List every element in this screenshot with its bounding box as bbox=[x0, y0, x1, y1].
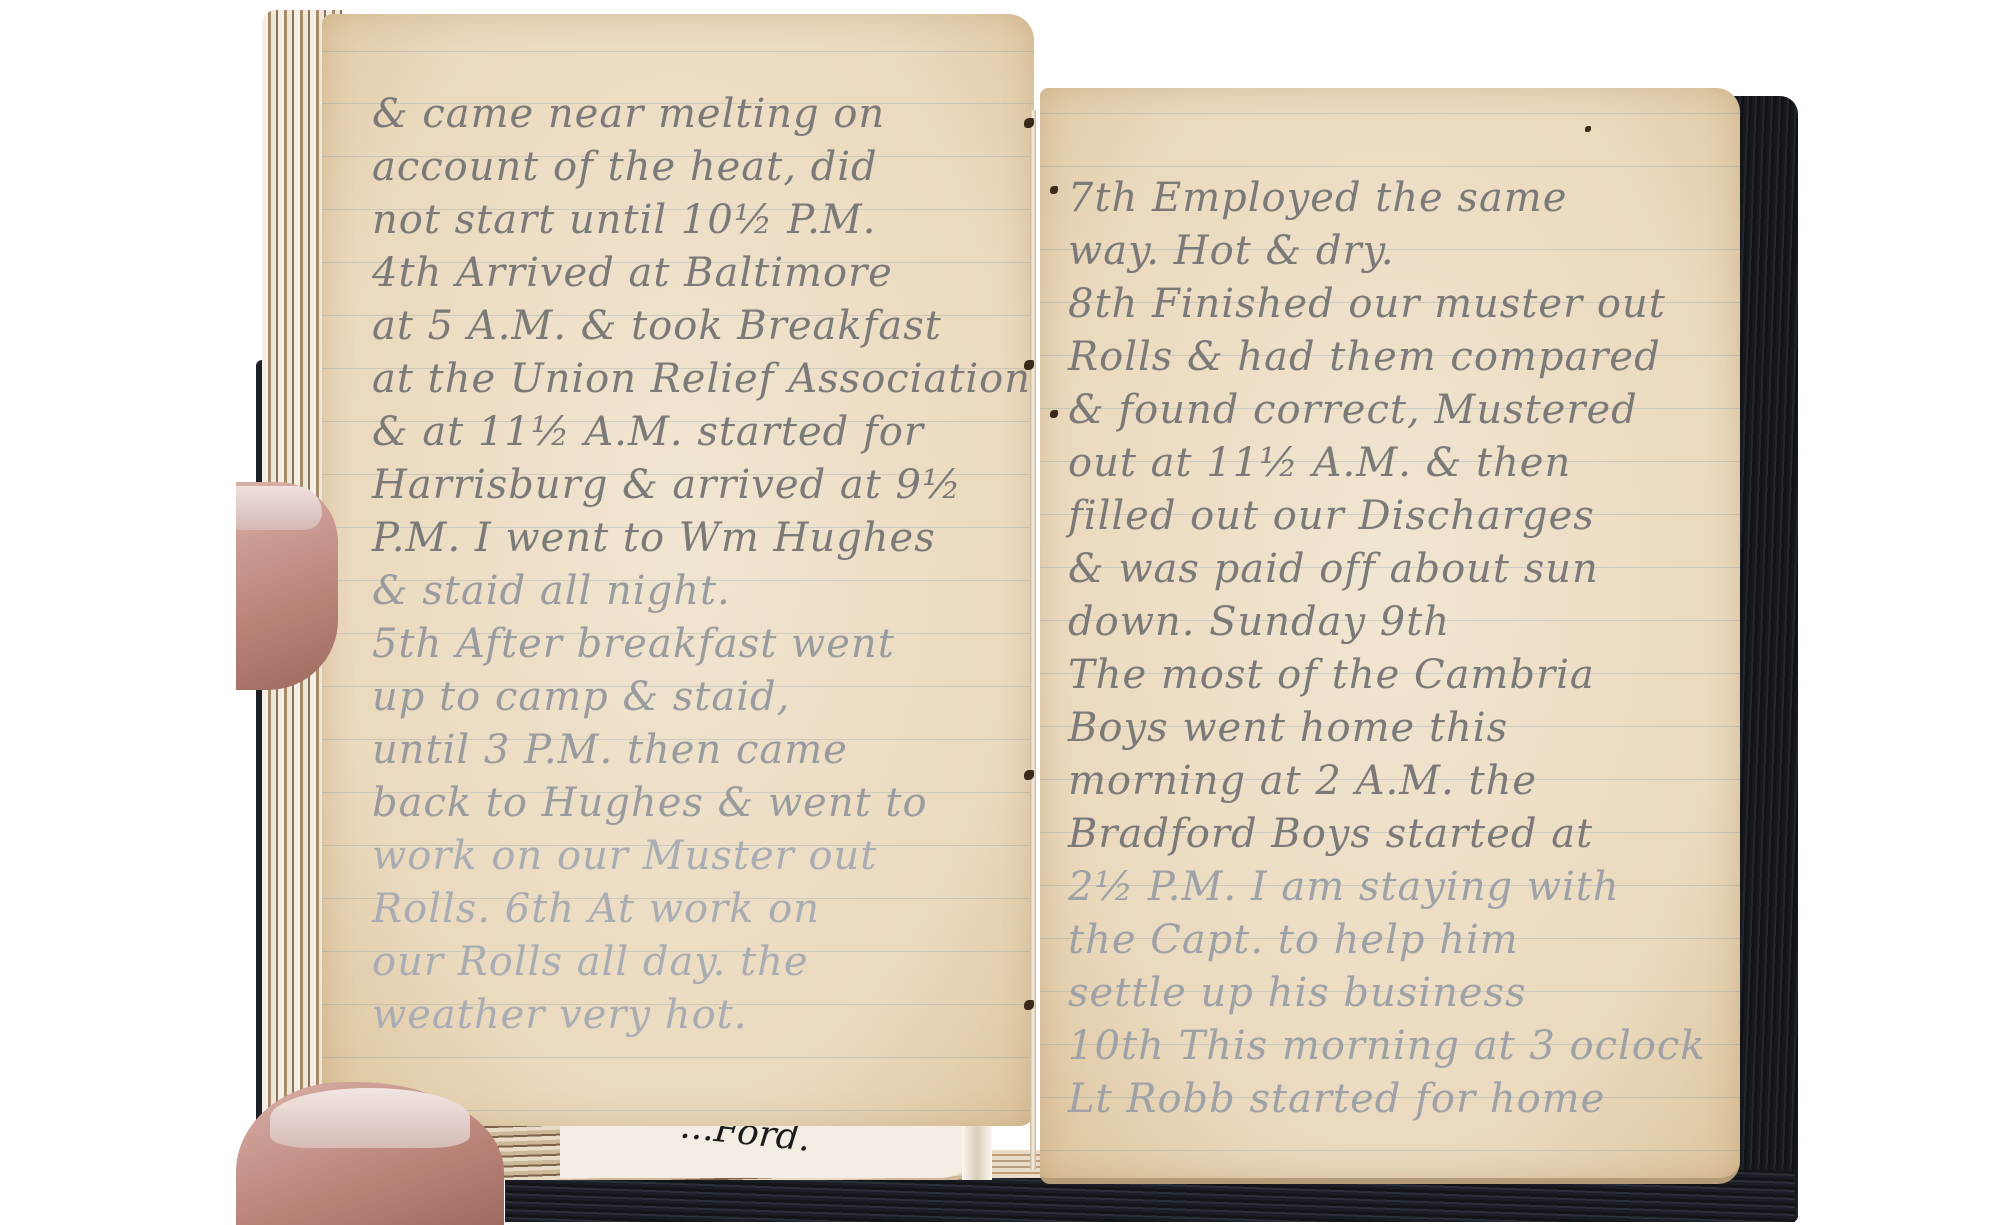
book-gutter bbox=[962, 1120, 992, 1180]
handwritten-line: down. Sunday 9th bbox=[1068, 596, 1706, 649]
handwritten-line: Lt Robb started for home bbox=[1068, 1073, 1706, 1126]
handwritten-line: weather very hot. bbox=[372, 989, 1031, 1042]
binding-hole bbox=[1050, 186, 1058, 194]
left-page-handwriting: & came near melting on account of the he… bbox=[372, 88, 1031, 1042]
handwritten-line: at 5 A.M. & took Breakfast bbox=[372, 300, 1031, 353]
handwritten-line: 8th Finished our muster out bbox=[1068, 278, 1706, 331]
thumbnail-lower bbox=[270, 1088, 470, 1148]
handwritten-line: 7th Employed the same bbox=[1068, 172, 1706, 225]
handwritten-line: 2½ P.M. I am staying with bbox=[1068, 861, 1706, 914]
handwritten-line: & at 11½ A.M. started for bbox=[372, 406, 1031, 459]
handwritten-line: morning at 2 A.M. the bbox=[1068, 755, 1706, 808]
handwritten-line: & came near melting on bbox=[372, 88, 1031, 141]
handwritten-line: filled out our Discharges bbox=[1068, 490, 1706, 543]
handwritten-line: work on our Muster out bbox=[372, 830, 1031, 883]
handwritten-line: 4th Arrived at Baltimore bbox=[372, 247, 1031, 300]
right-page-handwriting: 7th Employed the same way. Hot & dry. 8t… bbox=[1068, 172, 1706, 1126]
binding-hole bbox=[1050, 410, 1058, 418]
handwritten-line: up to camp & staid, bbox=[372, 671, 1031, 724]
handwritten-line: 10th This morning at 3 oclock bbox=[1068, 1020, 1706, 1073]
handwritten-line: the Capt. to help him bbox=[1068, 914, 1706, 967]
handwritten-line: Bradford Boys started at bbox=[1068, 808, 1706, 861]
handwritten-line: The most of the Cambria bbox=[1068, 649, 1706, 702]
handwritten-line: not start until 10½ P.M. bbox=[372, 194, 1031, 247]
thumbnail-upper bbox=[236, 486, 322, 530]
handwritten-line: settle up his business bbox=[1068, 967, 1706, 1020]
handwritten-line: back to Hughes & went to bbox=[372, 777, 1031, 830]
handwritten-line: our Rolls all day. the bbox=[372, 936, 1031, 989]
handwritten-line: Rolls. 6th At work on bbox=[372, 883, 1031, 936]
diary-photo: ...Ford. & came near melting on account … bbox=[0, 0, 1999, 1225]
handwritten-line: & found correct, Mustered bbox=[1068, 384, 1706, 437]
handwritten-line: until 3 P.M. then came bbox=[372, 724, 1031, 777]
handwritten-line: way. Hot & dry. bbox=[1068, 225, 1706, 278]
handwritten-line: at the Union Relief Association bbox=[372, 353, 1031, 406]
handwritten-line: Boys went home this bbox=[1068, 702, 1706, 755]
handwritten-line: Harrisburg & arrived at 9½ bbox=[372, 459, 1031, 512]
handwritten-line: out at 11½ A.M. & then bbox=[1068, 437, 1706, 490]
handwritten-line: & was paid off about sun bbox=[1068, 543, 1706, 596]
handwritten-line: & staid all night. bbox=[372, 565, 1031, 618]
ink-spot bbox=[1585, 126, 1591, 132]
handwritten-line: account of the heat, did bbox=[372, 141, 1031, 194]
handwritten-line: P.M. I went to Wm Hughes bbox=[372, 512, 1031, 565]
handwritten-line: Rolls & had them compared bbox=[1068, 331, 1706, 384]
handwritten-line: 5th After breakfast went bbox=[372, 618, 1031, 671]
